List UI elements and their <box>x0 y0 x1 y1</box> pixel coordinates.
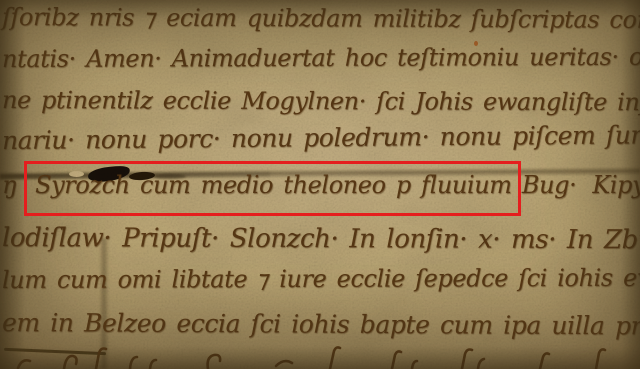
manuscript-line-4: nariu· nonu porc· nonu poledrum· nonu pi… <box>2 120 640 154</box>
vertical-fold-crease <box>99 238 109 369</box>
cut-off-text-line <box>0 344 640 369</box>
manuscript-line-5: ŋSyrozch cum medio theloneo p fluuium Bu… <box>2 172 640 198</box>
pen-underline-stroke <box>4 348 106 355</box>
manuscript-line-6: lodiſlaw· Pripuſt· Slonzch· In lonſin· x… <box>2 224 640 255</box>
line5-left-fragment: ŋ <box>2 171 17 199</box>
parchment-light-speck <box>112 165 122 170</box>
manuscript-line-1: ſſoribz nris ⁊ eciam quibzdam militibz ſ… <box>2 4 640 34</box>
manuscript-line-3: ne ptinentilz ecclie Mogylnen· ſci Johis… <box>2 87 640 116</box>
parchment-photo: ſſoribz nris ⁊ eciam quibzdam militibz ſ… <box>0 0 640 369</box>
manuscript-line-7: lum cum omi libtate ⁊ iure ecclie ſepedc… <box>2 265 640 294</box>
manuscript-line-2: ntatis· Amen· Animaduertat hoc teſtimoni… <box>2 43 640 72</box>
line5-highlighted-text: Syrozch cum medio theloneo p fluuium Bug… <box>35 171 576 199</box>
manuscript-line-8: em in Belzeo eccia ſci iohis bapte cum i… <box>2 309 640 340</box>
line5-right-fragment: Kipyn· St <box>592 171 640 199</box>
